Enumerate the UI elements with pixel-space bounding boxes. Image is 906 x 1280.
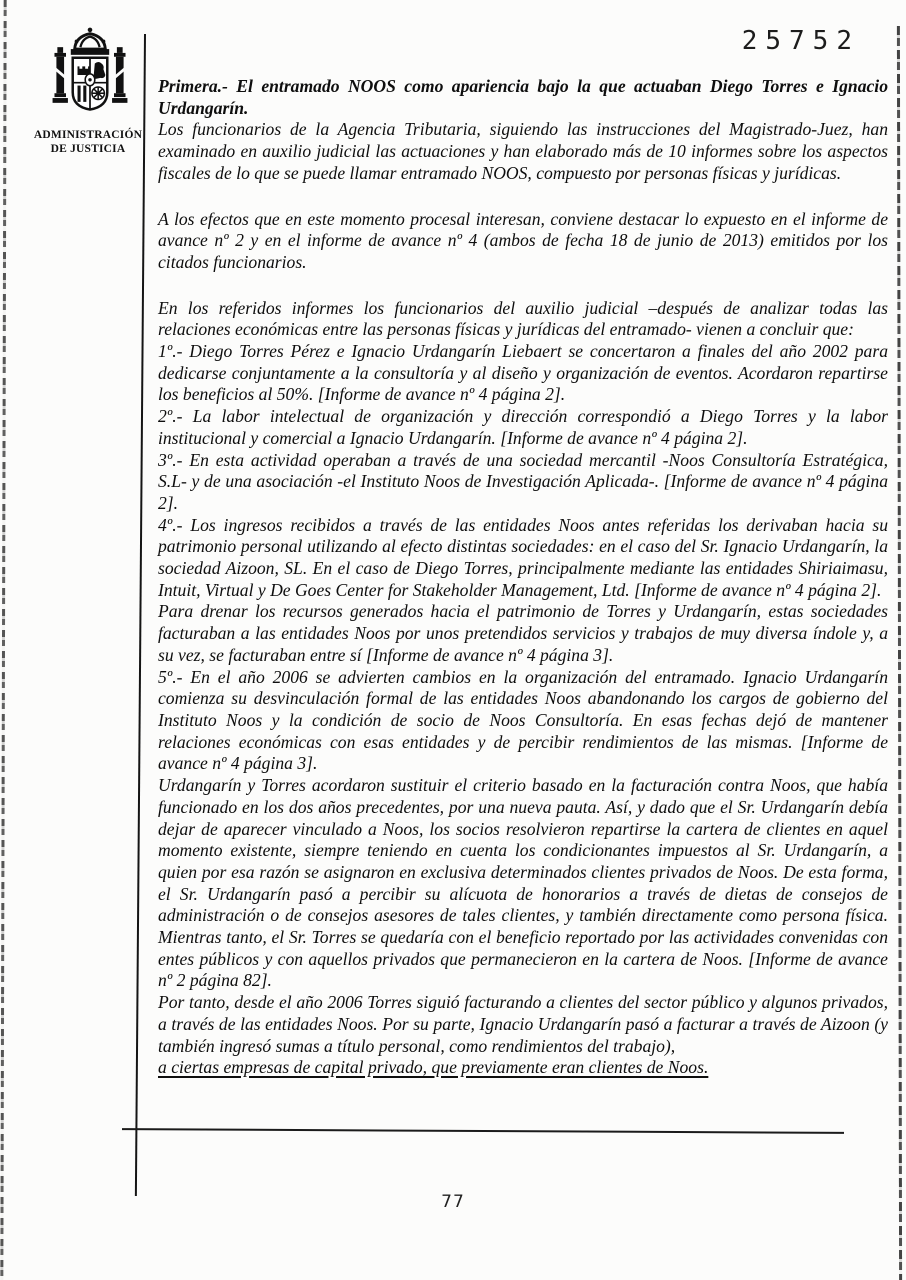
letterhead-line-2: DE JUSTICIA — [16, 143, 160, 157]
document-body: Primera.- El entramado NOOS como aparien… — [158, 76, 888, 1079]
body-paragraph-item-2: 2º.- La labor intelectual de organizació… — [158, 406, 888, 449]
scanned-court-document-page: 25752 — [0, 0, 906, 1280]
letterhead-organization: ADMINISTRACIÓN DE JUSTICIA — [16, 129, 160, 156]
body-paragraph-item-1: 1º.- Diego Torres Pérez e Ignacio Urdang… — [158, 341, 888, 406]
closing-sentence: a ciertas empresas de capital privado, q… — [158, 1057, 888, 1079]
body-paragraph-item-3: 3º.- En esta actividad operaban a través… — [158, 450, 888, 515]
body-paragraph: Urdangarín y Torres acordaron sustituir … — [158, 775, 888, 992]
spain-coat-of-arms-icon — [42, 24, 138, 126]
body-paragraph: En los referidos informes los funcionari… — [158, 298, 888, 341]
scan-edge-artifact-right — [897, 26, 902, 1280]
body-paragraph: Los funcionarios de la Agencia Tributari… — [158, 119, 888, 184]
body-paragraph-item-5: 5º.- En el año 2006 se advierten cambios… — [158, 667, 888, 776]
page-number: 77 — [0, 1192, 906, 1212]
section-heading: Primera.- El entramado NOOS como aparien… — [158, 76, 888, 119]
body-paragraph: A los efectos que en este momento proces… — [158, 209, 888, 274]
scan-edge-artifact-left — [0, 0, 6, 1280]
margin-vertical-rule — [135, 34, 146, 1196]
section-end-horizontal-rule — [122, 1128, 844, 1134]
document-folio-number: 25752 — [742, 26, 860, 56]
letterhead-line-1: ADMINISTRACIÓN — [16, 129, 160, 143]
body-paragraph: Por tanto, desde el año 2006 Torres sigu… — [158, 992, 888, 1057]
body-paragraph: Para drenar los recursos generados hacia… — [158, 601, 888, 666]
underlined-text: a ciertas empresas de capital privado, q… — [158, 1057, 708, 1077]
body-paragraph-item-4: 4º.- Los ingresos recibidos a través de … — [158, 515, 888, 602]
